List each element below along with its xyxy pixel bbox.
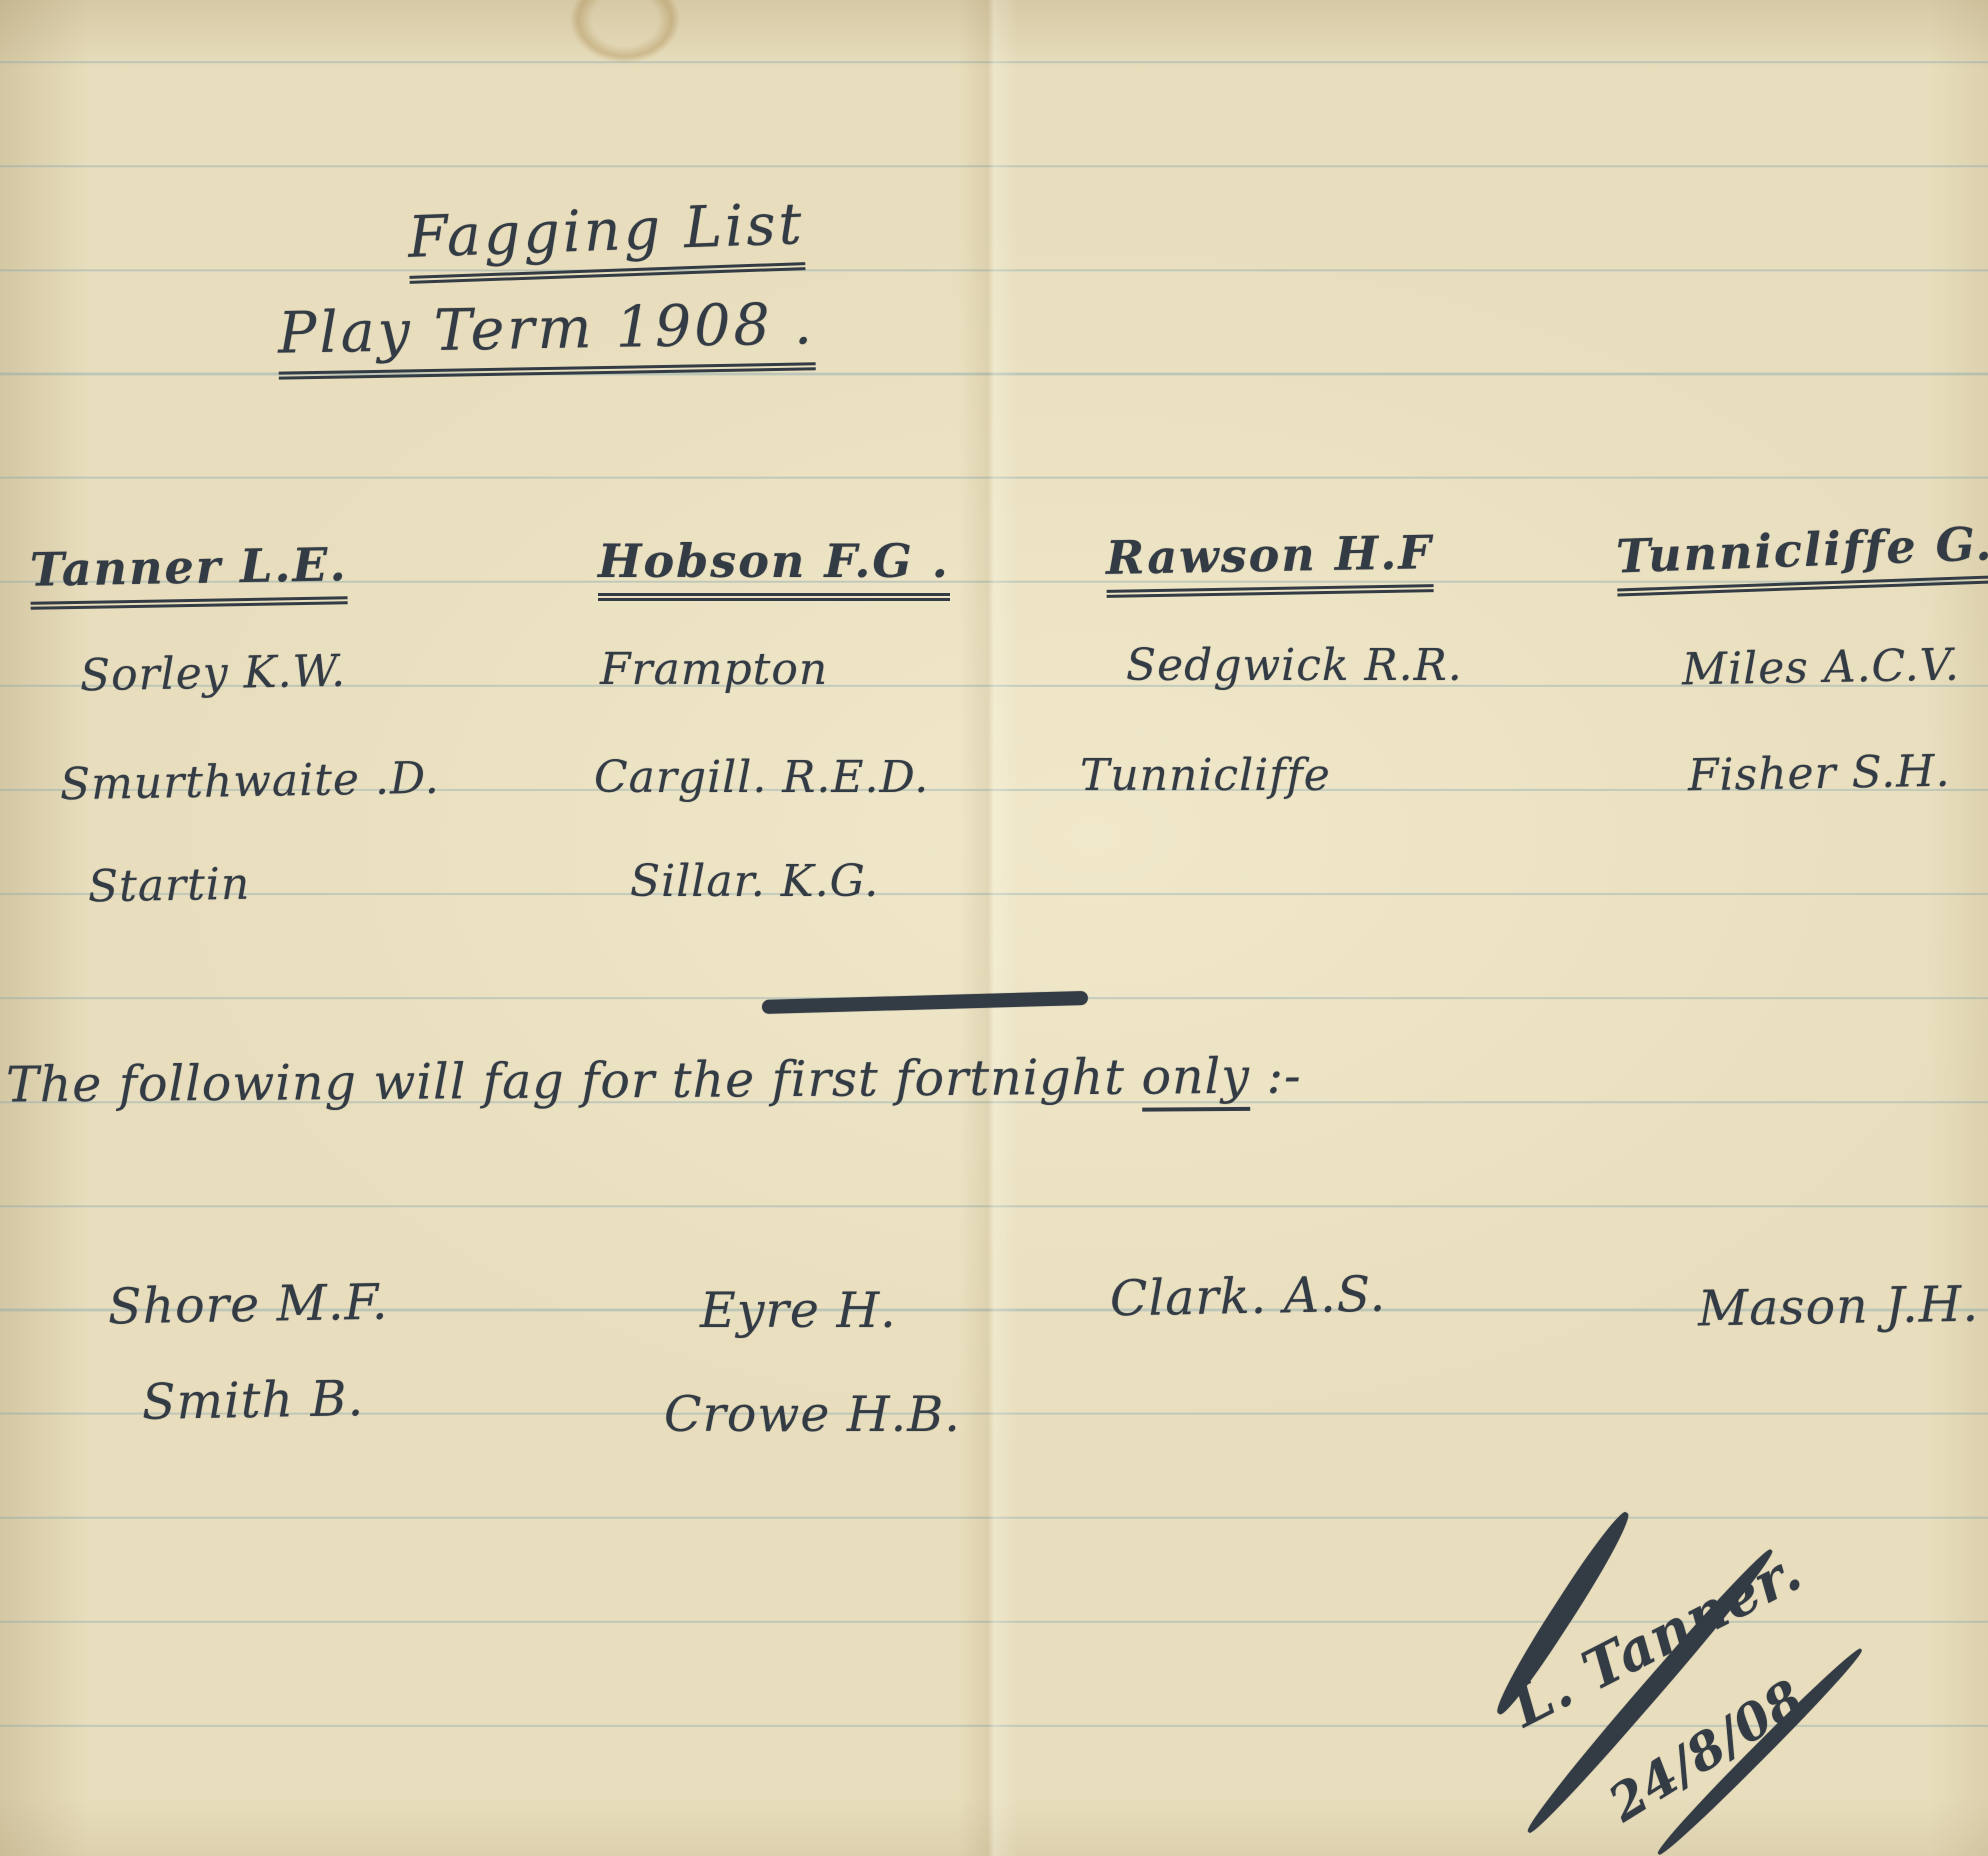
column-head-tunnicliffe: Tunnicliffe G.E. (1615, 514, 1988, 583)
column-head-rawson: Rawson H.F (1106, 525, 1434, 585)
fortnight-fag-name: Mason J.H. (1698, 1276, 1980, 1338)
fortnight-fag-name: Crowe H.B. (664, 1386, 961, 1443)
column-head-label: Hobson F.G . (598, 534, 950, 601)
fag-name: Startin (88, 859, 251, 913)
column-head-label: Tanner L.E. (30, 537, 349, 610)
page-subtitle-text: Play Term 1908 . (277, 291, 815, 379)
section-divider (762, 991, 1088, 1014)
fag-name: Sorley K.W. (80, 646, 347, 702)
fortnight-note-emphasis: only (1141, 1048, 1250, 1112)
fag-name: Sillar. K.G. (630, 856, 879, 907)
fag-name: Tunnicliffe (1080, 750, 1331, 801)
fortnight-fag-name: Shore M.F. (108, 1274, 389, 1336)
page-subtitle: Play Term 1908 . (277, 291, 815, 366)
fortnight-fag-name: Smith B. (142, 1370, 365, 1431)
fag-name: Smurthwaite .D. (60, 753, 440, 811)
page-title: Fagging List (407, 191, 805, 271)
column-head-hobson: Hobson F.G . (598, 534, 950, 588)
fag-name: Frampton (600, 644, 828, 695)
ruled-lines (0, 0, 1988, 1856)
fortnight-note-after: :- (1250, 1047, 1302, 1104)
page-title-text: Fagging List (407, 191, 806, 284)
ink-stain (565, 0, 685, 67)
fortnight-fag-name: Eyre H. (700, 1282, 897, 1339)
fortnight-note-before: The following will fag for the first for… (6, 1049, 1142, 1114)
ruled-paper-page: Fagging List Play Term 1908 . Tanner L.E… (0, 0, 1988, 1856)
fortnight-note: The following will fag for the first for… (6, 1047, 1302, 1113)
column-head-tanner: Tanner L.E. (30, 537, 348, 597)
column-head-label: Rawson H.F (1106, 525, 1434, 598)
fag-name: Miles A.C.V. (1682, 640, 1961, 696)
paper-crease (958, 0, 1018, 1856)
fag-name: Cargill. R.E.D. (594, 752, 929, 803)
column-head-label: Tunnicliffe G.E. (1615, 514, 1988, 596)
fag-name: Sedgwick R.R. (1126, 640, 1463, 691)
fortnight-fag-name: Clark. A.S. (1110, 1266, 1387, 1328)
fag-name: Fisher S.H. (1688, 746, 1951, 802)
